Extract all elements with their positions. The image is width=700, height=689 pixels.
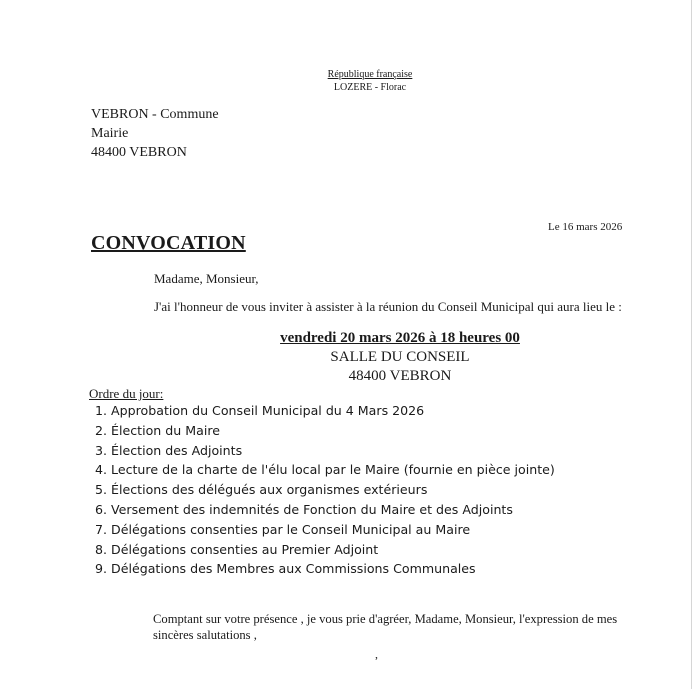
agenda-item: 5.Élections des délégués aux organismes … (95, 480, 555, 500)
agenda-item: 4.Lecture de la charte de l'élu local pa… (95, 460, 555, 480)
meeting-details: vendredi 20 mars 2026 à 18 heures 00 SAL… (250, 329, 550, 386)
sender-line-2: Mairie (91, 124, 219, 143)
agenda-item: 9.Délégations des Membres aux Commission… (95, 559, 555, 579)
document-header: République française LOZERE - Florac (300, 68, 440, 94)
agenda-item: 6.Versement des indemnités de Fonction d… (95, 500, 555, 520)
agenda-item: 8.Délégations consenties au Premier Adjo… (95, 540, 555, 560)
sender-line-1: VEBRON - Commune (91, 105, 219, 124)
agenda-item: 3.Élection des Adjoints (95, 441, 555, 461)
republic-label: République française (300, 68, 440, 81)
page-edge-line (691, 0, 692, 689)
document-title: CONVOCATION (91, 232, 246, 255)
trailing-mark: , (375, 647, 378, 662)
sender-line-3: 48400 VEBRON (91, 143, 219, 162)
agenda-list: 1.Approbation du Conseil Municipal du 4 … (95, 401, 555, 579)
department-label: LOZERE - Florac (300, 81, 440, 94)
agenda-title: Ordre du jour: (89, 386, 163, 402)
invitation-text: J'ai l'honneur de vous inviter à assiste… (154, 299, 622, 315)
agenda-item: 7.Délégations consenties par le Conseil … (95, 520, 555, 540)
meeting-address: 48400 VEBRON (250, 367, 550, 386)
document-date: Le 16 mars 2026 (548, 221, 622, 233)
agenda-item: 2.Élection du Maire (95, 421, 555, 441)
agenda-item: 1.Approbation du Conseil Municipal du 4 … (95, 401, 555, 421)
meeting-datetime: vendredi 20 mars 2026 à 18 heures 00 (250, 329, 550, 348)
sender-address: VEBRON - Commune Mairie 48400 VEBRON (91, 105, 219, 162)
meeting-place: SALLE DU CONSEIL (250, 348, 550, 367)
closing-paragraph: Comptant sur votre présence , je vous pr… (153, 611, 643, 643)
salutation: Madame, Monsieur, (154, 271, 259, 287)
